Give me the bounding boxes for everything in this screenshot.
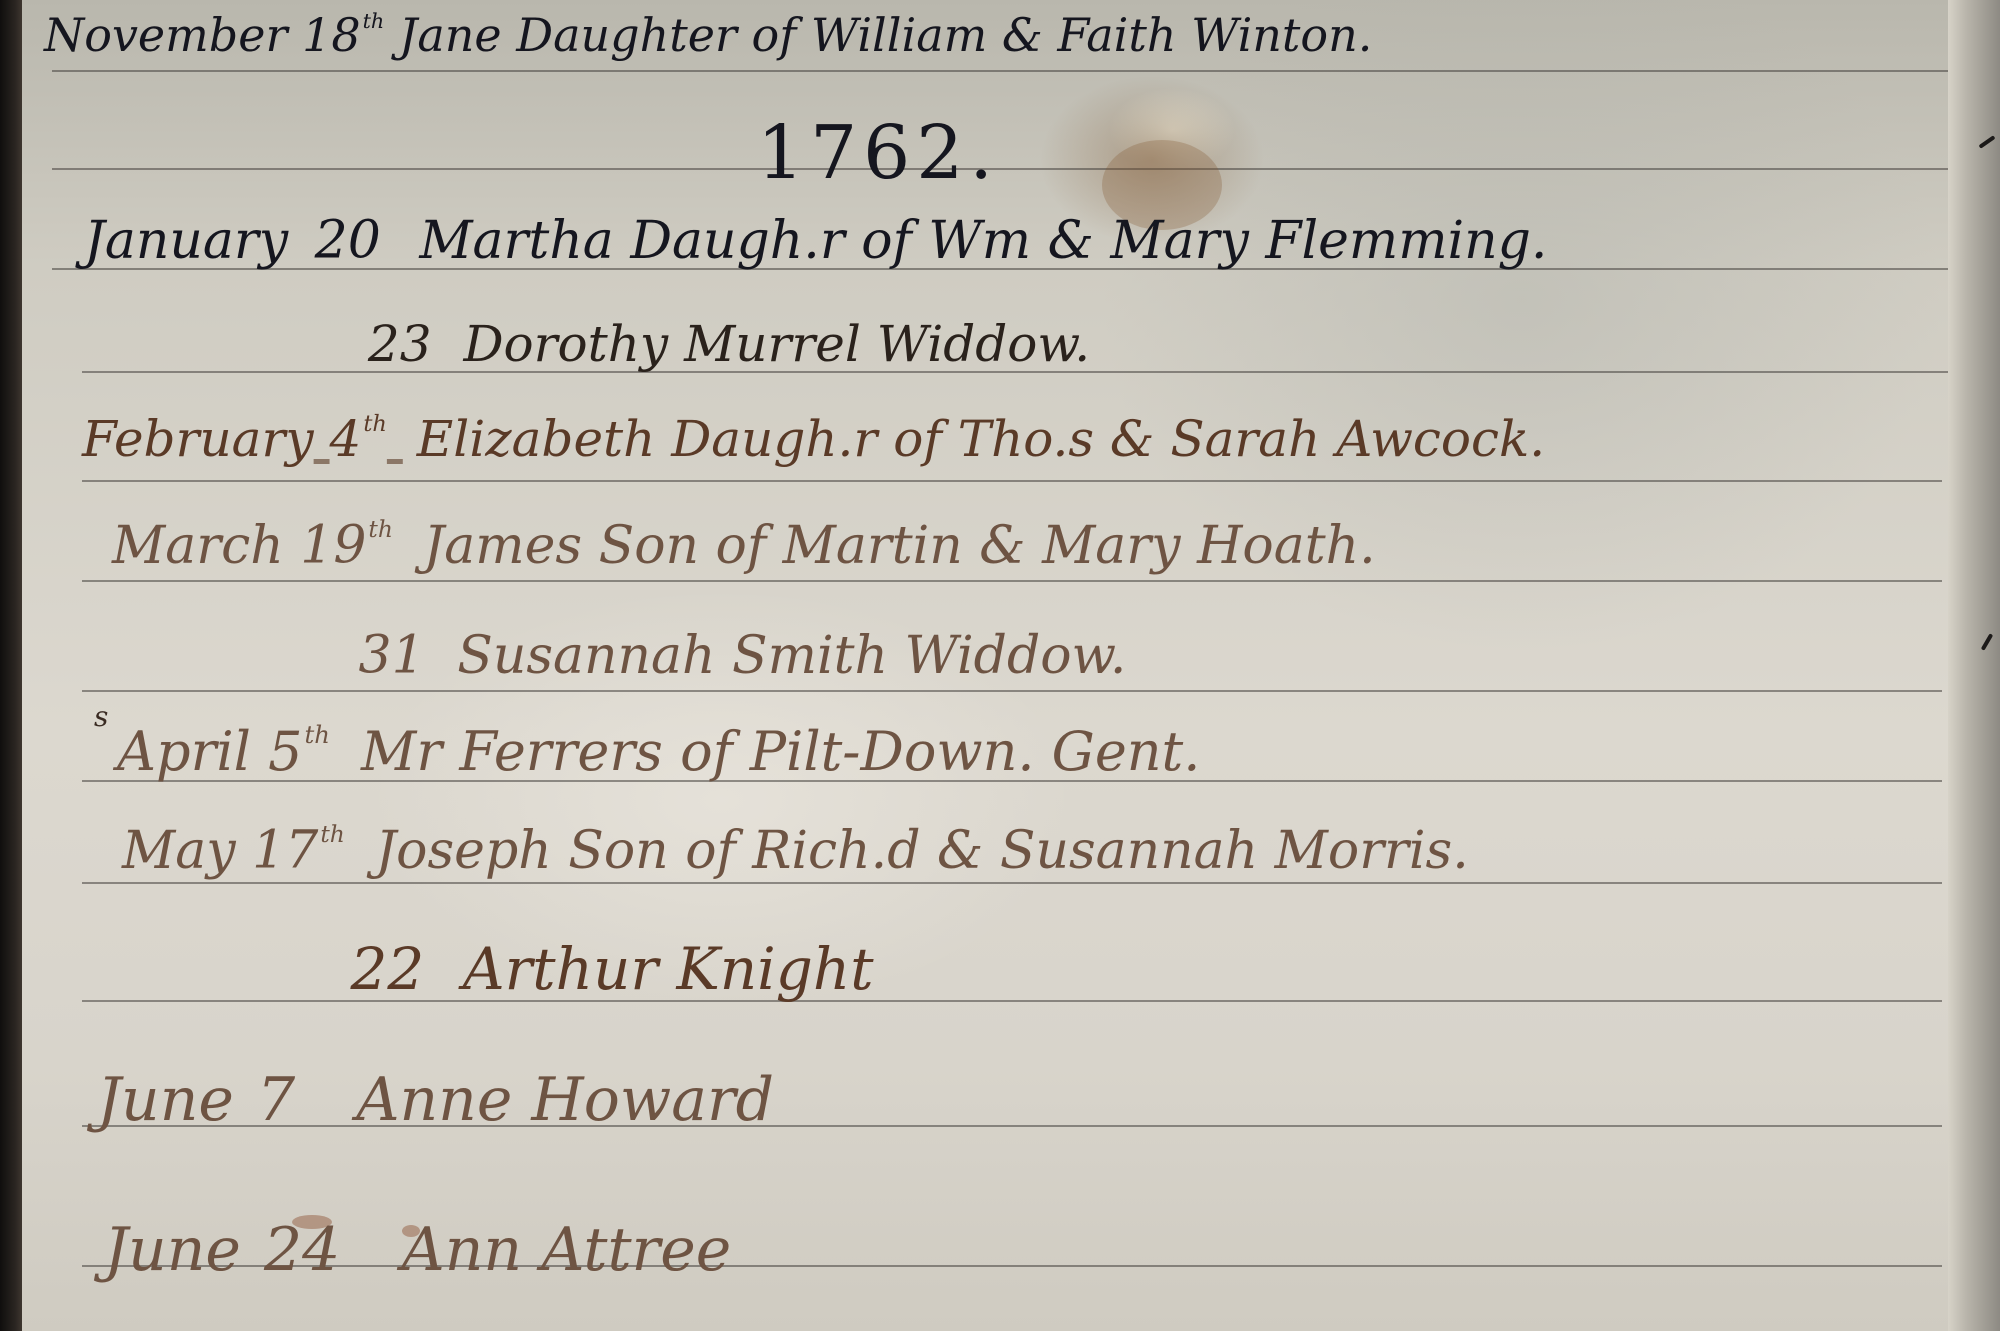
- entry-day: 4th: [330, 410, 387, 468]
- ruled-line: [82, 690, 1942, 692]
- register-entry: 23 Dorothy Murrel Widdow.: [352, 315, 1090, 373]
- entry-day: 24: [264, 1215, 342, 1285]
- entry-month: March: [112, 516, 284, 576]
- register-entry: January 20 Martha Daugh.r of Wm & Mary F…: [84, 210, 1547, 271]
- register-page: November 18th Jane Daughter of William &…: [22, 0, 1970, 1331]
- adjacent-page-edge: [1948, 0, 2000, 1331]
- entry-text: Joseph Son of Rich.d & Susannah Morris.: [375, 821, 1468, 881]
- entry-text: Anne Howard: [356, 1065, 774, 1135]
- register-entry: 22 Arthur Knight: [332, 935, 874, 1003]
- entry-text: Jane Daughter of William & Faith Winton.: [399, 8, 1372, 62]
- entry-month: January: [84, 211, 288, 271]
- register-photo: November 18th Jane Daughter of William &…: [0, 0, 2000, 1331]
- entry-text: James Son of Martin & Mary Hoath.: [423, 516, 1375, 576]
- entry-month: November: [44, 8, 287, 62]
- entry-text: Elizabeth Daugh.r of Tho.s & Sarah Awcoc…: [417, 410, 1545, 468]
- ruled-line: [82, 480, 1942, 482]
- entry-day: 5th: [268, 720, 330, 783]
- ruled-line: [82, 882, 1942, 884]
- ruled-line: [52, 168, 1972, 170]
- register-entry: November 18th Jane Daughter of William &…: [44, 8, 1372, 62]
- entry-day: 31: [359, 625, 427, 686]
- margin-note: s: [94, 700, 108, 733]
- entry-day: 7: [257, 1065, 297, 1135]
- entry-text: Dorothy Murrel Widdow.: [463, 315, 1090, 373]
- entry-text: Susannah Smith Widdow.: [457, 626, 1126, 686]
- entry-day: 17th: [252, 820, 345, 881]
- entry-month: April: [117, 720, 251, 783]
- ruled-line: [52, 70, 1972, 72]
- entry-day: 20: [315, 210, 383, 271]
- register-entry: June 7 Anne Howard: [97, 1065, 774, 1135]
- entry-text: Mr Ferrers of Pilt-Down. Gent.: [361, 720, 1200, 783]
- register-entry: March 19th James Son of Martin & Mary Ho…: [112, 515, 1376, 576]
- entry-day: 22: [350, 935, 426, 1003]
- entry-day: 19th: [300, 515, 393, 576]
- register-entry: February 4th Elizabeth Daugh.r of Tho.s …: [82, 410, 1545, 468]
- year-heading: 1762.: [757, 110, 999, 196]
- entry-month: May: [122, 821, 236, 881]
- register-entry: 31 Susannah Smith Widdow.: [342, 625, 1126, 686]
- entry-text: Ann Attree: [401, 1215, 731, 1285]
- entry-text: Martha Daugh.r of Wm & Mary Flemming.: [419, 211, 1547, 271]
- entry-day: 23: [368, 315, 434, 373]
- ruled-line: [82, 580, 1942, 582]
- register-entry: May 17th Joseph Son of Rich.d & Susannah…: [122, 820, 1469, 881]
- entry-month: June: [97, 1065, 234, 1135]
- register-entry: April 5th Mr Ferrers of Pilt-Down. Gent.: [117, 720, 1200, 783]
- entry-text: Arthur Knight: [463, 935, 874, 1003]
- entry-month: June: [104, 1215, 241, 1285]
- register-entry: June 24 Ann Attree: [104, 1215, 731, 1285]
- entry-month: February: [82, 410, 314, 468]
- entry-day: 18th: [302, 8, 384, 62]
